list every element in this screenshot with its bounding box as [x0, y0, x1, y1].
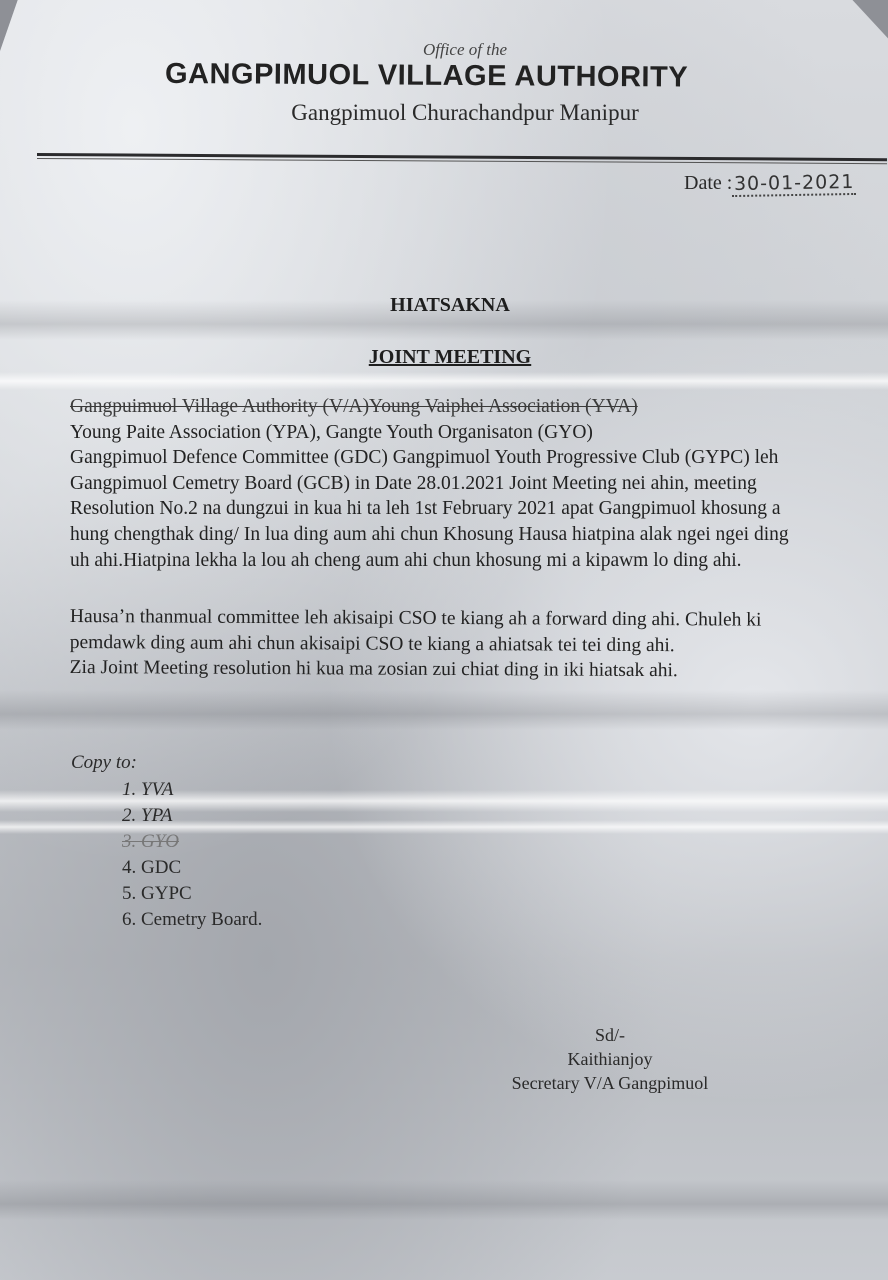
paper-fold-highlight: [0, 372, 888, 390]
date-value: 30-01-2021: [732, 171, 857, 197]
authority-name: GANGPIMUOL VILLAGE AUTHORITY: [165, 58, 765, 95]
copy-to-item: 2. YPA: [122, 803, 262, 829]
date-field: Date :30-01-2021: [684, 172, 857, 196]
copy-to-item: 6. Cemetry Board.: [122, 907, 262, 933]
body-line: Resolution No.2 na dungzui in kua hi ta …: [70, 496, 870, 522]
body-line: Zia Joint Meeting resolution hi kua ma z…: [70, 655, 870, 685]
signatory-designation: Secretary V/A Gangpimuol: [480, 1071, 740, 1095]
signed-mark: Sd/-: [480, 1023, 740, 1047]
paper-crease-shadow: [0, 1180, 888, 1220]
body-line: Hausa’n thanmual committee leh akisaipi …: [70, 604, 870, 634]
copy-to-list: 1. YVA 2. YPA 3. GYO 4. GDC 5. GYPC 6. C…: [122, 777, 262, 933]
body-line: Gangpuimuol Village Authority (V/A)Young…: [70, 394, 870, 420]
copy-to-item: 3. GYO: [122, 829, 262, 855]
body-line: hung chengthak ding/ In lua ding aum ahi…: [70, 522, 870, 548]
body-line: Gangpimuol Defence Committee (GDC) Gangp…: [70, 445, 870, 471]
paper-crease-shadow: [0, 690, 888, 730]
body-line: Gangpimuol Cemetry Board (GCB) in Date 2…: [70, 471, 870, 497]
copy-to-label: Copy to:: [71, 752, 137, 774]
copy-to-item: 5. GYPC: [122, 881, 262, 907]
document-title: HIATSAKNA: [0, 294, 888, 317]
document-subtitle: JOINT MEETING: [0, 346, 888, 369]
body-paragraph-1: Gangpuimuol Village Authority (V/A)Young…: [70, 394, 870, 573]
signature-block: Sd/- Kaithianjoy Secretary V/A Gangpimuo…: [480, 1023, 740, 1095]
body-paragraph-2: Hausa’n thanmual committee leh akisaipi …: [70, 604, 870, 685]
copy-to-item: 4. GDC: [122, 855, 262, 881]
body-line: uh ahi.Hiatpina lekha la lou ah cheng au…: [70, 548, 870, 574]
authority-address: Gangpimuol Churachandpur Manipur: [0, 100, 888, 126]
body-line: Young Paite Association (YPA), Gangte Yo…: [70, 420, 870, 446]
office-of-label: Office of the: [0, 40, 888, 60]
signatory-name: Kaithianjoy: [480, 1047, 740, 1071]
copy-to-item: 1. YVA: [122, 777, 262, 803]
date-label: Date :: [684, 172, 732, 194]
